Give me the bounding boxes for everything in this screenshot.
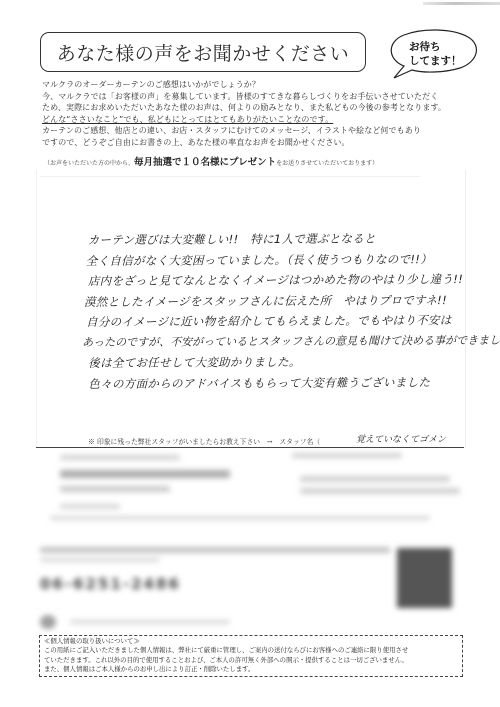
intro-line: 今、マルクラでは「お客様の声」を募集しています。皆様のすてきな暮らしづくりをお手…	[42, 91, 482, 103]
intro-line: ため、実際にお求めいただいたあなた様のお声は、何よりの励みとなり、また私どもの今…	[42, 102, 482, 114]
staff-label: ※ 印象に残った弊社スタッフがいましたらお教え下さい → スタッフ名（	[88, 436, 320, 446]
comment-line: カーテン選びは大変難しい!! 特に1人で選ぶとなると	[88, 228, 468, 250]
page-title: あなた様の声をお聞かせください	[57, 39, 350, 66]
customer-comment: カーテン選びは大変難しい!! 特に1人で選ぶとなると 全く自信がなく大変困ってい…	[88, 228, 469, 394]
speech-bubble: お待ち してます！	[382, 28, 480, 76]
privacy-line: この用紙にご記入いただきました個人情報は、弊社にて厳重に管理し、ご案内の送付なら…	[44, 646, 458, 655]
staff-name-value: 覚えていなくてゴメン	[356, 432, 446, 445]
bubble-text: お待ち してます！	[409, 40, 462, 68]
staff-name-row: ※ 印象に残った弊社スタッフがいましたらお教え下さい → スタッフ名（ 覚えてい…	[36, 434, 464, 448]
intro-line-underlined: どんな“ささいなこと”でも、私どもにとってはとてもありがたいことなのです。	[42, 114, 482, 126]
present-notice: （お声をいただいた方の中から、毎月抽選で１０名様にプレゼントをお送りさせていただ…	[44, 154, 378, 168]
privacy-title: ≪個人情報の取り扱いについて≫	[44, 637, 458, 646]
comment-line: 自分のイメージに近い物を紹介してもらえました。でもやはり不安は	[86, 310, 468, 332]
present-highlight: 毎月抽選で１０名様にプレゼント	[134, 157, 276, 168]
comment-line: 後は全てお任せして大変助かりました。	[88, 351, 468, 373]
intro-text: マルクラのオーダーカーテンのご感想はいかがでしょうか？ 今、マルクラでは「お客様…	[42, 79, 482, 149]
present-suffix: をお送りさせていただいております）	[276, 160, 378, 167]
blurred-customer-info: 06-6251-2486	[30, 450, 470, 630]
phone-number: 06-6251-2486	[40, 575, 181, 593]
intro-line: マルクラのオーダーカーテンのご感想はいかがでしょうか？	[42, 79, 482, 91]
bubble-line-2: してます！	[409, 54, 462, 68]
title-box: あなた様の声をお聞かせください	[40, 32, 366, 72]
privacy-notice: ≪個人情報の取り扱いについて≫ この用紙にご記入いただきました個人情報は、弊社に…	[39, 635, 463, 677]
intro-line: ですので、どうぞご自由にお書きの上、あなた様の率直なお声をお聞かせください。	[42, 137, 482, 149]
comment-line: 店内をざっと見てなんとなくイメージはつかめた物のやはり少し違う!!	[88, 269, 468, 291]
present-prefix: （お声をいただいた方の中から、	[44, 160, 134, 167]
privacy-line: ていただきます。これ以外の目的で使用することおよび、ご本人の許可無く外部への開示…	[44, 656, 458, 665]
qr-code	[397, 548, 452, 608]
privacy-line: また、個人情報はご本人様からのお申し出により訂正・削除いたします。	[44, 665, 458, 674]
comment-line: 色々の方面からのアドバイスももらって大変有難うございました	[88, 372, 468, 394]
intro-line: カーテンのご感想、他店との違い、お店・スタッフにむけてのメッセージ、イラストや絵…	[42, 125, 482, 137]
bubble-line-1: お待ち	[409, 40, 462, 54]
scan-edge	[423, 2, 500, 5]
divider	[40, 176, 420, 177]
comment-line: 漠然としたイメージをスタッフさんに伝えた所 やはりプロですネ!!	[84, 290, 468, 313]
comment-line: 全く自信がなく大変困っていました。（長く使うつもりなので!!）	[86, 249, 468, 271]
comment-line: あったのですが、不安がっているとスタッフさんの意見も聞けて決める事ができました。	[82, 331, 468, 354]
